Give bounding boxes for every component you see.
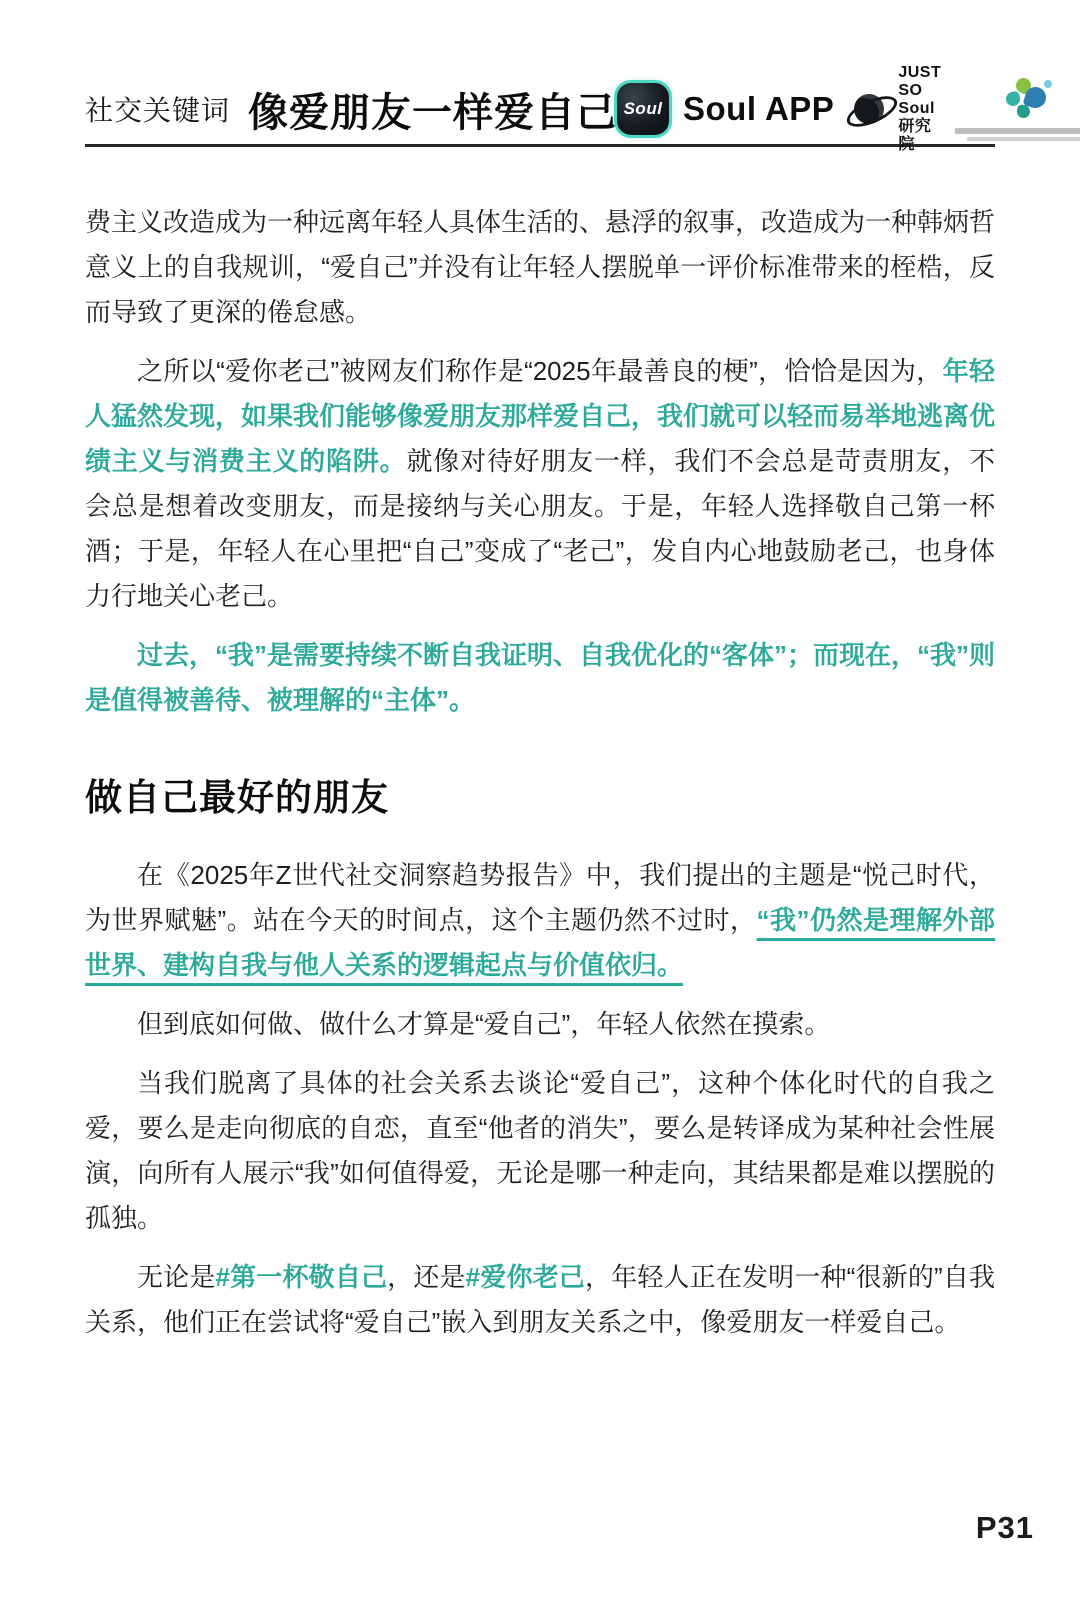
article-body: 费主义改造成为一种远离年轻人具体生活的、悬浮的叙事，改造成为一种韩炳哲意义上的自… xyxy=(0,147,1080,1345)
paragraph-6-text: 当我们脱离了具体的社会关系去谈论“爱自己”，这种个体化时代的自我之爱，要么是走向… xyxy=(85,1068,995,1233)
paragraph-1: 费主义改造成为一种远离年轻人具体生活的、悬浮的叙事，改造成为一种韩炳哲意义上的自… xyxy=(85,200,995,335)
page-header: 社交关键词 像爱朋友一样爱自己 Soul Soul APP JUST SO So… xyxy=(0,0,1080,140)
paragraph-3-highlight: 过去，“我”是需要持续不断自我证明、自我优化的“客体”；而现在，“我”则是值得被… xyxy=(85,633,995,723)
just-so-soul-lab-wordmark: JUST SO Soul 研究院 xyxy=(898,64,941,154)
soul-app-wordmark: Soul APP xyxy=(683,90,834,128)
planet-orbit-icon xyxy=(848,88,890,130)
paragraph-7-text-2: ，还是 xyxy=(387,1262,466,1292)
paragraph-2: 之所以“爱你老己”被网友们称作是“2025年最善良的梗”，恰恰是因为，年轻人猛然… xyxy=(85,349,995,619)
soul-app-icon: Soul xyxy=(617,83,669,135)
paragraph-6: 当我们脱离了具体的社会关系去谈论“爱自己”，这种个体化时代的自我之爱，要么是走向… xyxy=(85,1061,995,1241)
partner-institute-logo xyxy=(955,78,1080,141)
hashtag-first-toast-to-self: #第一杯敬自己 xyxy=(216,1262,388,1292)
paragraph-7: 无论是#第一杯敬自己，还是#爱你老己，年轻人正在发明一种“很新的”自我关系，他们… xyxy=(85,1255,995,1345)
paragraph-2-text: 之所以“爱你老己”被网友们称作是“2025年最善良的梗”，恰恰是因为， xyxy=(137,356,943,386)
flower-logo-icon xyxy=(1002,78,1056,124)
section-heading: 做自己最好的朋友 xyxy=(85,767,995,821)
just-so-soul-lab-logo: JUST SO Soul 研究院 xyxy=(848,64,941,154)
paragraph-3-text: 过去，“我”是需要持续不断自我证明、自我优化的“客体”；而现在，“我”则是值得被… xyxy=(85,640,995,715)
soul-icon-label: Soul xyxy=(624,99,663,119)
section-kicker: 社交关键词 xyxy=(85,89,230,129)
hashtag-love-your-old-self: #爱你老己 xyxy=(466,1262,585,1292)
page-title: 像爱朋友一样爱自己 xyxy=(248,81,617,138)
paragraph-7-text: 无论是 xyxy=(137,1262,216,1292)
soul-lab-label: Soul 研究院 xyxy=(898,100,941,154)
partner-caption-placeholder xyxy=(955,128,1080,141)
just-so-label: JUST SO xyxy=(898,64,941,100)
paragraph-5: 但到底如何做、做什么才算是“爱自己”，年轻人依然在摸索。 xyxy=(85,1002,995,1047)
header-logos: Soul Soul APP JUST SO Soul 研究院 xyxy=(617,64,1080,154)
paragraph-4: 在《2025年Z世代社交洞察趋势报告》中，我们提出的主题是“悦己时代，为世界赋魅… xyxy=(85,853,995,988)
page-number: P31 xyxy=(976,1510,1034,1546)
paragraph-1-text: 费主义改造成为一种远离年轻人具体生活的、悬浮的叙事，改造成为一种韩炳哲意义上的自… xyxy=(85,207,995,327)
paragraph-5-text: 但到底如何做、做什么才算是“爱自己”，年轻人依然在摸索。 xyxy=(137,1009,830,1039)
report-page: 社交关键词 像爱朋友一样爱自己 Soul Soul APP JUST SO So… xyxy=(0,0,1080,1620)
